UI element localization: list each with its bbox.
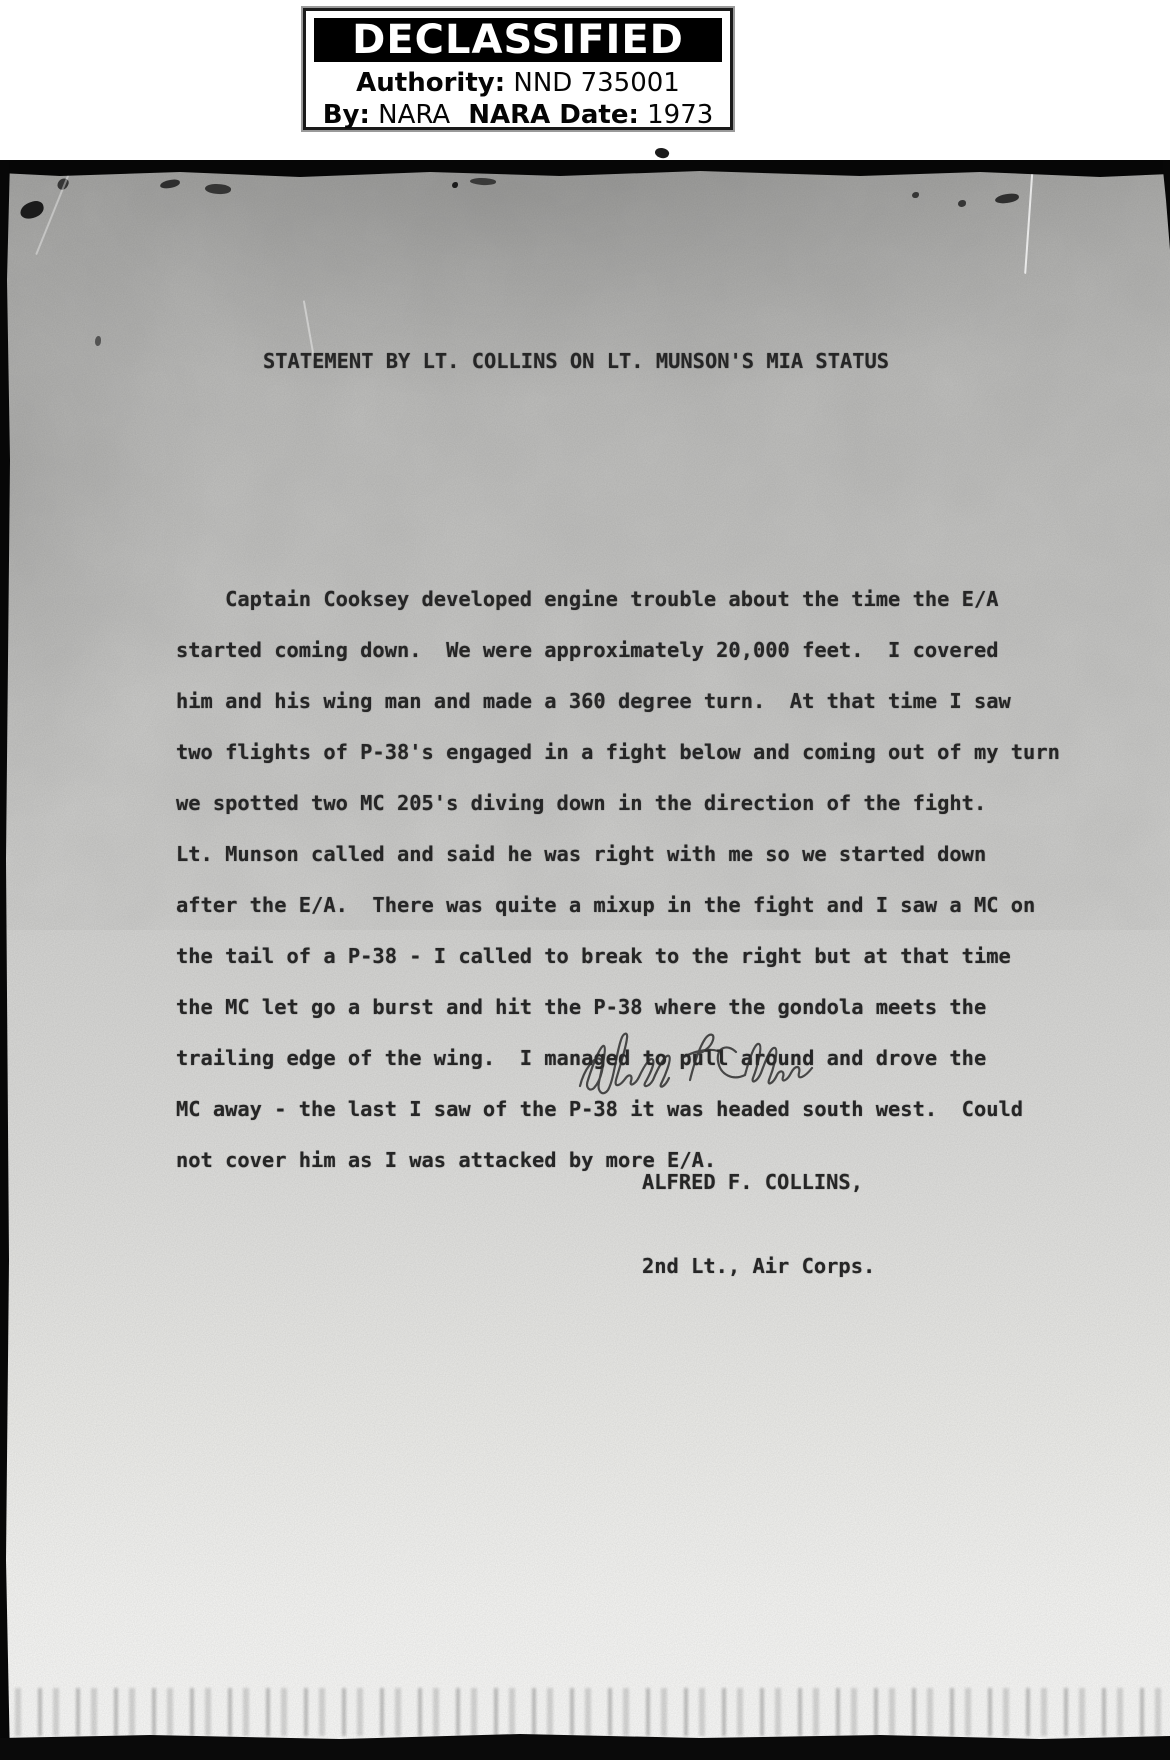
scan-bottom-streaks bbox=[0, 1688, 1170, 1736]
scan-artifact bbox=[452, 182, 458, 188]
authority-label: Authority: bbox=[356, 68, 505, 98]
date-label: NARA Date: bbox=[468, 100, 639, 130]
handwritten-signature bbox=[570, 1018, 820, 1113]
scan-artifact bbox=[958, 200, 966, 207]
scan-artifact bbox=[160, 179, 181, 190]
scan-edge-left bbox=[0, 160, 10, 1760]
scan-artifact bbox=[205, 183, 232, 196]
declassified-banner: DECLASSIFIED bbox=[314, 18, 722, 62]
typed-line: started coming down. We were approximate… bbox=[176, 625, 1060, 676]
scan-artifact bbox=[995, 193, 1020, 204]
stamp-authority-line: Authority: NND 735001 bbox=[306, 68, 730, 98]
scan-scratch bbox=[1024, 164, 1034, 274]
document-title: STATEMENT BY LT. COLLINS ON LT. MUNSON'S… bbox=[263, 349, 889, 373]
scan-artifact bbox=[95, 336, 101, 346]
authority-value: NND 735001 bbox=[505, 68, 680, 98]
by-label: By: bbox=[323, 100, 370, 130]
scan-artifact bbox=[470, 177, 496, 186]
signatory-rank: 2nd Lt., Air Corps. bbox=[642, 1252, 875, 1280]
signature-block: ALFRED F. COLLINS, 2nd Lt., Air Corps. bbox=[642, 1112, 875, 1336]
scan-artifact bbox=[18, 199, 45, 221]
scanned-document-page: DECLASSIFIED Authority: NND 735001 By: N… bbox=[0, 0, 1170, 1760]
typed-line: him and his wing man and made a 360 degr… bbox=[176, 676, 1060, 727]
typed-line: not cover him as I was attacked by more … bbox=[176, 1135, 1060, 1186]
typed-line: Captain Cooksey developed engine trouble… bbox=[176, 574, 1060, 625]
by-value: NARA bbox=[370, 100, 450, 130]
scan-edge-top bbox=[0, 160, 1170, 177]
stamp-by-line: By: NARANARA Date: 1973 bbox=[306, 100, 730, 130]
typed-line: the tail of a P-38 - I called to break t… bbox=[176, 931, 1060, 982]
typed-line: Lt. Munson called and said he was right … bbox=[176, 829, 1060, 880]
typed-line: after the E/A. There was quite a mixup i… bbox=[176, 880, 1060, 931]
typed-line: two flights of P-38's engaged in a fight… bbox=[176, 727, 1060, 778]
signatory-name: ALFRED F. COLLINS, bbox=[642, 1168, 875, 1196]
scan-artifact bbox=[912, 192, 919, 198]
date-value: 1973 bbox=[639, 100, 713, 130]
declassified-stamp: DECLASSIFIED Authority: NND 735001 By: N… bbox=[303, 8, 733, 130]
scan-edge-bottom bbox=[0, 1732, 1170, 1760]
scan-artifact bbox=[654, 146, 671, 160]
typed-line: we spotted two MC 205's diving down in t… bbox=[176, 778, 1060, 829]
